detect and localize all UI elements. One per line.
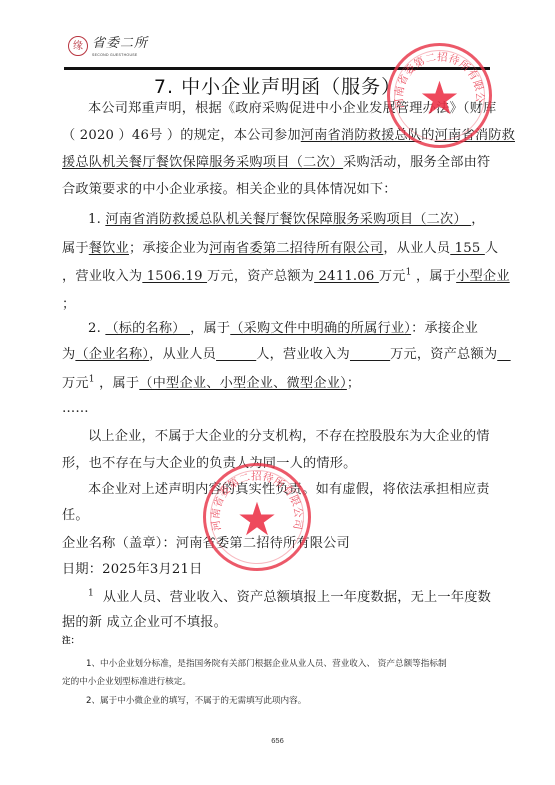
note-2: 2、属于中小微企业的填写，不属于的无需填写此项内容。 xyxy=(86,695,306,707)
text-segment: （ 2020 ）46号 ）的规定，本公司参加 xyxy=(62,128,301,143)
text-segment: 万元，资产总额为 xyxy=(390,347,497,362)
text-segment: ； xyxy=(347,376,360,391)
document-page: 缘 省委二所 SECOND GUESTHOUSE 7. 中小企业声明函（服务） … xyxy=(0,0,555,785)
item-2-line: …… xyxy=(62,400,89,418)
footnote-line-1: 1 从业人员、营业收入、资产总额填报上一年度数据，无上一年度数 xyxy=(88,589,491,607)
header-rule xyxy=(64,67,230,70)
text-segment: 合政策要求的中小企业承接。相关企业的具体情况如下： xyxy=(62,182,397,197)
date-line: 日期：2025年3月21日 xyxy=(62,561,202,579)
footnote-line-2: 据的新 成立企业可不填报。 xyxy=(62,614,227,632)
filled-blank: 2411.06 xyxy=(314,269,379,284)
text-segment: ，从业人员 xyxy=(383,241,450,256)
text-segment: 人 xyxy=(485,241,498,256)
item-1-line: ，营业收入为 1506.19 万元，资产总额为 2411.06 万元1 ，属于小… xyxy=(62,268,510,286)
text-segment: ，属于 xyxy=(190,321,230,336)
text-segment: ； xyxy=(62,297,75,312)
filled-blank: 小型企业 xyxy=(456,269,510,284)
text-segment: …… xyxy=(62,401,89,416)
intro-paragraph-line: 援总队机关餐厅餐饮保障服务采购项目（二次）采购活动，服务全部由符 xyxy=(62,154,490,172)
company-seal-bottom: 河南省委第二招待所有限公司 ★ xyxy=(203,463,311,571)
filled-blank: 援总队机关餐厅餐饮保障服务采购项目（二次） xyxy=(62,155,343,170)
logo-emblem-icon: 缘 xyxy=(68,36,88,56)
seal-star-icon: ★ xyxy=(419,74,460,120)
item-1-line: 1. 河南省消防救援总队机关餐厅餐饮保障服务采购项目（二次） ， xyxy=(88,211,485,229)
item-2-line: 万元1 ，属于（中型企业、小型企业、微型企业）； xyxy=(62,375,360,393)
filled-blank: 河南省消防救援总队机关餐厅餐饮保障服务采购项目（二次） xyxy=(105,212,471,227)
no-large-enterprise-line: 以上企业，不属于大企业的分支机构，不存在控股股东为大企业的情 xyxy=(88,428,490,446)
filled-blank xyxy=(497,347,510,362)
filled-blank xyxy=(216,347,256,362)
item-2-line: 2. （标的名称） ，属于（采购文件中明确的所属行业）：承接企业 xyxy=(88,320,478,338)
text-segment: 为 xyxy=(62,347,75,362)
text-segment: 万元 xyxy=(379,269,406,284)
filled-blank xyxy=(350,347,390,362)
text-segment: 2. xyxy=(88,321,105,336)
filled-blank: 餐饮业 xyxy=(89,241,129,256)
text-segment: 任。 xyxy=(62,508,89,523)
text-segment: ；承接企业为 xyxy=(129,241,209,256)
guesthouse-logo: 缘 省委二所 SECOND GUESTHOUSE xyxy=(68,36,148,57)
truthfulness-line: 任。 xyxy=(62,507,89,525)
text-segment: 以上企业，不属于大企业的分支机构，不存在控股股东为大企业的情 xyxy=(88,429,490,444)
text-segment: 采购活动，服务全部由符 xyxy=(343,155,490,170)
logo-english-text: SECOND GUESTHOUSE xyxy=(92,53,148,57)
intro-paragraph-line: 合政策要求的中小企业承接。相关企业的具体情况如下： xyxy=(62,181,397,199)
text-segment: ：承接企业 xyxy=(411,321,478,336)
text-segment: ，属于 xyxy=(412,269,457,284)
note-1-line-2: 定的中小企业划型标准进行核定。 xyxy=(62,676,191,688)
text-segment: 属于 xyxy=(62,241,89,256)
text-segment: 1. xyxy=(88,212,105,227)
item-2-line: 为（企业名称），从业人员 人，营业收入为 万元，资产总额为 xyxy=(62,346,511,364)
logo-chinese-text: 省委二所 xyxy=(92,36,148,52)
filled-blank: （标的名称） xyxy=(105,321,190,336)
text-segment: ，营业收入为 xyxy=(62,269,142,284)
text-segment: ，属于 xyxy=(95,376,140,391)
filled-blank: 1506.19 xyxy=(142,269,207,284)
page-number: 656 xyxy=(0,736,555,745)
item-1-line: ； xyxy=(62,296,75,314)
filled-blank: （采购文件中明确的所属行业） xyxy=(230,321,411,336)
item-1-line: 属于餐饮业；承接企业为河南省委第二招待所有限公司，从业人员 155 人 xyxy=(62,240,498,258)
filled-blank: 河南省委第二招待所有限公司 xyxy=(209,241,383,256)
note-1-line-1: 1、中小企业划分标准，是指国务院有关部门根据企业从业人员、营业收入、 资产总额等… xyxy=(86,658,447,670)
text-segment: ， xyxy=(471,212,484,227)
filled-blank: （企业名称） xyxy=(75,347,149,362)
notes-label: 注： xyxy=(62,635,79,647)
footnote-marker: 1 xyxy=(88,589,94,599)
text-segment: 万元，资产总额为 xyxy=(207,269,314,284)
company-seal-top: 河南省委第二招待所有限公司 ★ xyxy=(387,43,492,148)
text-segment: ，从业人员 xyxy=(149,347,216,362)
text-segment: 万元 xyxy=(62,376,89,391)
filled-blank: （中型企业、小型企业、微型企业） xyxy=(139,376,347,391)
seal-star-icon: ★ xyxy=(236,496,277,542)
filled-blank: 155 xyxy=(450,241,485,256)
text-segment: 人，营业收入为 xyxy=(256,347,350,362)
